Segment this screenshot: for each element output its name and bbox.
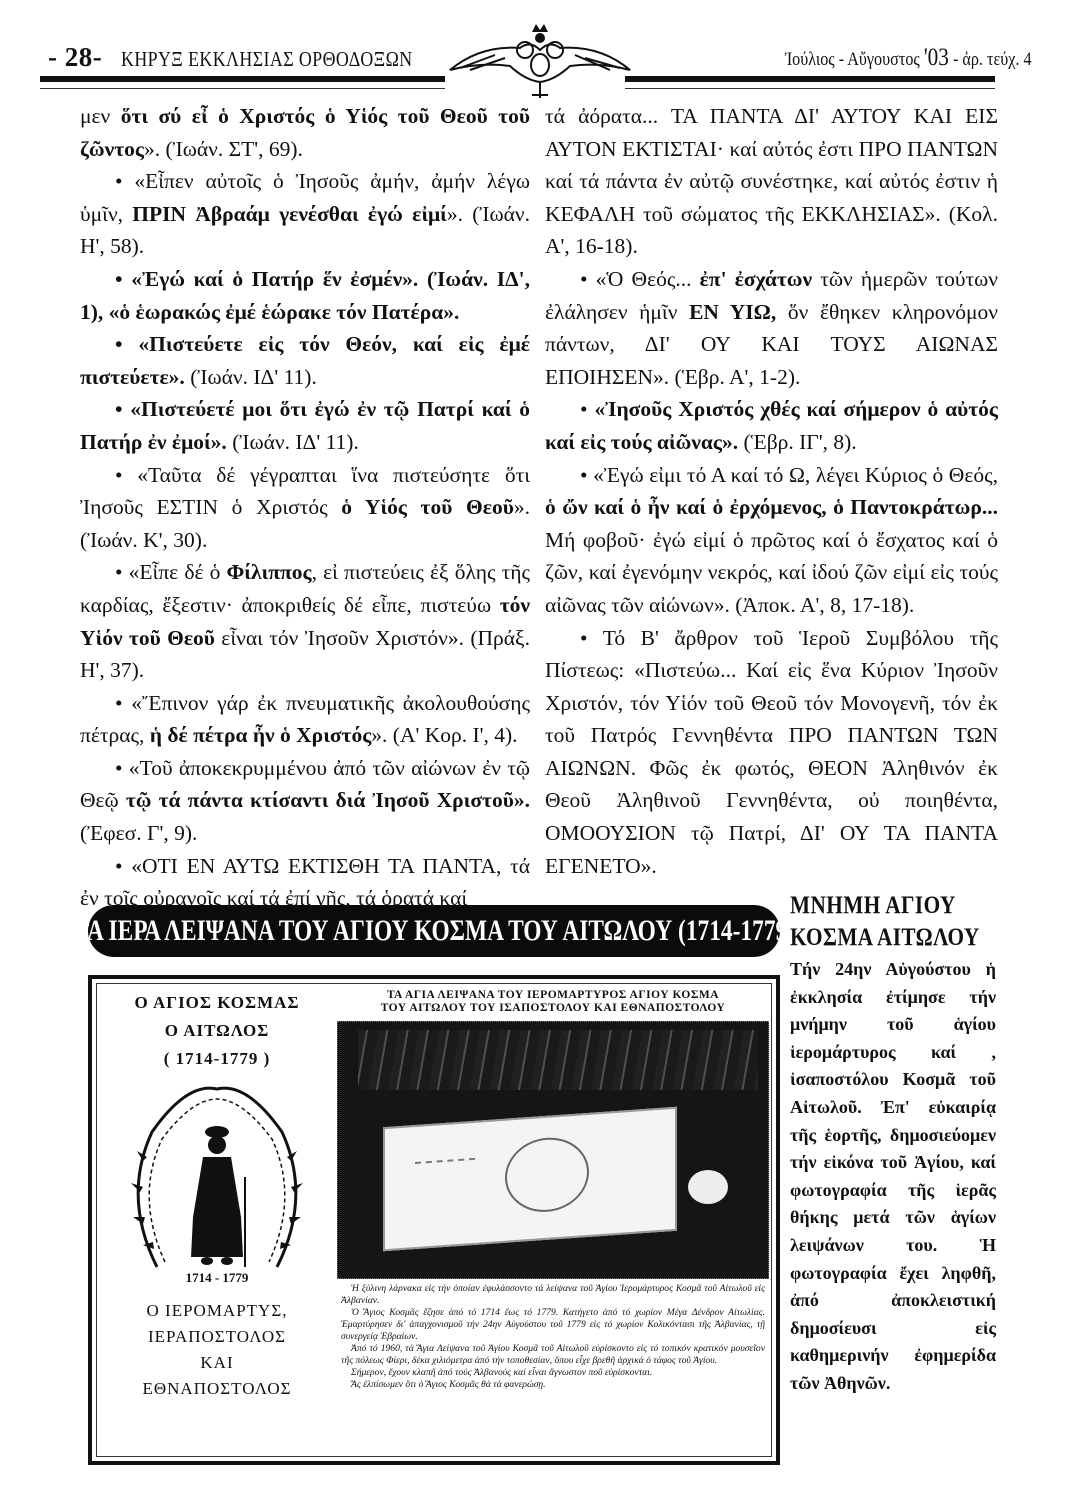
- icon-subtitle-4: ΕΘΝΑΠΟΣΤΟΛΟΣ: [102, 1377, 332, 1401]
- caption-paragraph: Ὁ Ἅγιος Κοσμᾶς ἔζησε ἀπό τό 1714 ἕως τό …: [341, 1307, 765, 1343]
- text-paragraph: μεν ὅτι σύ εἶ ὁ Χριστός ὁ Υἱός τοῦ Θεοῦ …: [80, 100, 530, 165]
- photo-title-2: ΤΟΥ ΑΙΤΩΛΟΥ ΤΟΥ ΙΣΑΠΟΣΤΟΛΟΥ ΚΑΙ ΕΘΝΑΠΟΣΤ…: [337, 1002, 769, 1015]
- icon-title-3: ( 1714-1779 ): [102, 1045, 332, 1073]
- caption-paragraph: Ἄς ἐλπίσωμεν ὅτι ὁ Ἅγιος Κοσμᾶς θά τά φα…: [341, 1379, 765, 1391]
- photo-title-1: ΤΑ ΑΓΙΑ ΛΕΙΨΑΝΑ ΤΟΥ ΙΕΡΟΜΑΡΤΥΡΟΣ ΑΓΙΟΥ Κ…: [337, 989, 769, 1002]
- svg-text:1714 - 1779: 1714 - 1779: [186, 1270, 249, 1285]
- icon-subtitle-2: ΙΕΡΑΠΟΣΤΟΛΟΣ: [102, 1325, 332, 1349]
- page-number: - 28-: [48, 42, 102, 72]
- header-left: - 28- ΚΗΡΥΞ ΕΚΚΛΗΣΙΑΣ ΟΡΘΟΔΟΞΩΝ: [48, 42, 464, 73]
- icon-panel: Ο ΑΓΙΟΣ ΚΟΣΜΑΣ Ο ΑΙΤΩΛΟΣ ( 1714-1779 ) 1…: [102, 989, 332, 1449]
- caption-paragraph: Ἀπό τό 1960, τά Ἅγια Λείψανα τοῦ Ἁγίου Κ…: [341, 1343, 765, 1367]
- text-paragraph: • «Πιστεύετε εἰς τόν Θεόν, καί εἰς ἐμέ π…: [80, 328, 530, 393]
- section-banner: ΤΑ ΙΕΡΑ ΛΕΙΨΑΝΑ ΤΟΥ ΑΓΙΟΥ ΚΟΣΜΑ ΤΟΥ ΑΙΤΩ…: [88, 905, 780, 957]
- header-rule-right-thin: [625, 88, 995, 89]
- side-heading-1: ΜΝΗΜΗ ΑΓΙΟΥ: [790, 890, 965, 922]
- text-paragraph: • «Ἐγώ καί ὁ Πατήρ ἕν ἐσμέν». (Ἰωάν. ΙΔ'…: [80, 263, 530, 328]
- issue-year: '03: [924, 44, 949, 71]
- saint-kosmas-wreath-icon: 1714 - 1779: [117, 1077, 317, 1297]
- text-paragraph: • «Ἰησοῦς Χριστός χθές καί σήμερον ὁ αὐτ…: [545, 393, 998, 458]
- photo-caption: Ἡ ξύλινη λάρνακα εἰς τήν ὁποίαν ἐφυλάσσο…: [337, 1283, 769, 1391]
- caption-paragraph: Σήμερον, ἔχουν κλαπῆ ἀπό τούς Ἀλβανούς κ…: [341, 1367, 765, 1379]
- text-paragraph: τά ἀόρατα... ΤΑ ΠΑΝΤΑ ΔΙ' ΑΥΤΟΥ ΚΑΙ ΕΙΣ …: [545, 100, 998, 263]
- text-paragraph: • «Ταῦτα δέ γέγραπται ἵνα πιστεύσητε ὅτι…: [80, 459, 530, 557]
- text-paragraph: • Τό Β' ἄρθρον τοῦ Ἱεροῦ Συμβόλου τῆς Πί…: [545, 622, 998, 883]
- header-right: Ἰούλιος - Αὔγουστος '03 - ἀρ. τεύχ. 4: [785, 44, 1032, 72]
- text-paragraph: • «Ἐγώ εἰμι τό Α καί τό Ω, λέγει Κύριος …: [545, 459, 998, 622]
- text-paragraph: • «Ἔπινον γάρ ἐκ πνευματικῆς ἀκολουθούση…: [80, 687, 530, 752]
- photo-panel: ΤΑ ΑΓΙΑ ΛΕΙΨΑΝΑ ΤΟΥ ΙΕΡΟΜΑΡΤΥΡΟΣ ΑΓΙΟΥ Κ…: [337, 989, 769, 1449]
- side-article-body: Τήν 24ην Αὐγούστου ἡ ἐκκλησία ἐτίμησε τή…: [790, 956, 996, 1398]
- left-text-column: μεν ὅτι σύ εἶ ὁ Χριστός ὁ Υἱός τοῦ Θεοῦ …: [80, 100, 530, 915]
- right-text-column: τά ἀόρατα... ΤΑ ΠΑΝΤΑ ΔΙ' ΑΥΤΟΥ ΚΑΙ ΕΙΣ …: [545, 100, 998, 882]
- text-paragraph: • «Εἶπε δέ ὁ Φίλιππος, εἰ πιστεύεις ἐξ ὅ…: [80, 556, 530, 686]
- side-heading-2: ΚΟΣΜΑ ΑΙΤΩΛΟΥ: [790, 922, 965, 954]
- issue-date: Ἰούλιος - Αὔγουστος: [785, 49, 924, 70]
- caption-paragraph: Ἡ ξύλινη λάρνακα εἰς τήν ὁποίαν ἐφυλάσσο…: [341, 1283, 765, 1307]
- issue-number: - ἀρ. τεύχ. 4: [949, 49, 1032, 70]
- picture-frame: Ο ΑΓΙΟΣ ΚΟΣΜΑΣ Ο ΑΙΤΩΛΟΣ ( 1714-1779 ) 1…: [88, 975, 780, 1465]
- publication-title: ΚΗΡΥΞ ΕΚΚΛΗΣΙΑΣ ΟΡΘΟΔΟΞΩΝ: [121, 47, 413, 72]
- text-paragraph: • «Ὁ Θεός... ἐπ' ἐσχάτων τῶν ἡμερῶν τούτ…: [545, 263, 998, 393]
- icon-subtitle-3: ΚΑΙ: [102, 1351, 332, 1375]
- text-paragraph: • «Τοῦ ἀποκεκρυμμένου ἀπό τῶν αἰώνων ἐν …: [80, 752, 530, 850]
- double-headed-eagle-icon: [440, 10, 640, 100]
- text-paragraph: • «Εἶπεν αὐτοῖς ὁ Ἰησοῦς ἀμήν, ἀμήν λέγω…: [80, 165, 530, 263]
- header-rule-right: [625, 76, 995, 82]
- icon-title-2: Ο ΑΙΤΩΛΟΣ: [102, 1017, 332, 1045]
- header-rule-left: [40, 76, 445, 82]
- header-rule-left-thin: [40, 88, 445, 89]
- icon-subtitle-1: Ο ΙΕΡΟΜΑΡΤΥΣ,: [102, 1299, 332, 1323]
- text-paragraph: • «Πιστεύετέ μοι ὅτι ἐγώ ἐν τῷ Πατρί καί…: [80, 393, 530, 458]
- side-article: ΜΝΗΜΗ ΑΓΙΟΥ ΚΟΣΜΑ ΑΙΤΩΛΟΥ Τήν 24ην Αὐγού…: [790, 890, 996, 1398]
- banner-title: ΤΑ ΙΕΡΑ ΛΕΙΨΑΝΑ ΤΟΥ ΑΓΙΟΥ ΚΟΣΜΑ ΤΟΥ ΑΙΤΩ…: [73, 914, 794, 948]
- reliquary-photo: [337, 1021, 769, 1279]
- icon-title-1: Ο ΑΓΙΟΣ ΚΟΣΜΑΣ: [102, 989, 332, 1017]
